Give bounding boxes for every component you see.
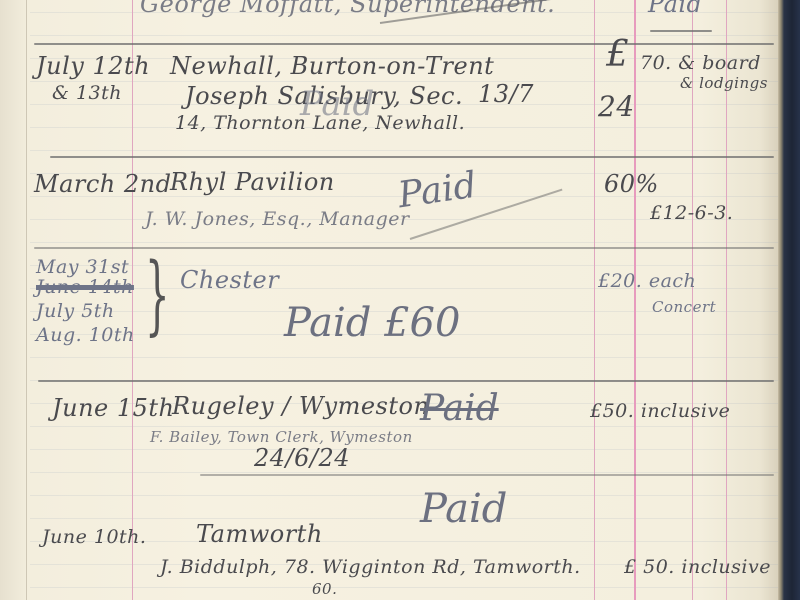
entry-2-contact: J. W. Jones, Esq., Manager xyxy=(145,208,410,230)
entry-5-date: June 10th. xyxy=(42,526,146,548)
date-margin-line xyxy=(132,0,133,600)
entry-4-terms: £50. inclusive xyxy=(590,400,730,422)
terms-column-line xyxy=(594,0,595,600)
entry-5-contact: J. Biddulph, 78. Wigginton Rd, Tamworth. xyxy=(160,556,581,578)
entry-1-pound-symbol: £ xyxy=(606,34,629,75)
entry-3-date-1: May 31st xyxy=(36,256,129,278)
entry-1-terms: 24 xyxy=(598,90,635,123)
book-binding-edge xyxy=(778,0,800,600)
entry-3-venue: Chester xyxy=(180,266,279,294)
ruled-line xyxy=(30,357,778,358)
entry-1-date-line1: July 12th xyxy=(36,52,150,80)
ruled-line xyxy=(30,426,778,427)
entry-2-venue: Rhyl Pavilion xyxy=(170,168,335,196)
ruled-line xyxy=(30,242,778,243)
entry-5-terms: £ 50. inclusive xyxy=(624,556,771,578)
entry-4-venue: Rugeley / Wymeston xyxy=(172,392,429,420)
entry-0-contact: George Moffatt, Superintendent. xyxy=(140,0,555,18)
entry-3-date-3: July 5th xyxy=(36,300,115,322)
entry-3-paid-stamp: Paid £60 xyxy=(284,300,460,346)
entry-0-status: Paid xyxy=(648,0,702,18)
ruled-line xyxy=(30,472,778,473)
ruled-line xyxy=(30,150,778,151)
entry-divider xyxy=(34,43,774,45)
entry-divider xyxy=(50,156,774,158)
entry-4-date: June 15th xyxy=(52,394,175,422)
ruled-line xyxy=(30,518,778,519)
entry-1-date-line2: & 13th xyxy=(52,82,122,104)
entry-0-status-underline xyxy=(650,30,712,32)
entry-4-date-paid: 24/6/24 xyxy=(254,444,350,472)
entry-4-paid-stamp-struck: Paid xyxy=(420,388,499,429)
entry-divider xyxy=(38,380,774,382)
ruled-line xyxy=(30,265,778,266)
date-brace: } xyxy=(145,252,170,338)
entry-1-venue: Newhall, Burton-on-Trent xyxy=(170,52,494,80)
left-gutter-line xyxy=(26,0,27,600)
entry-2-fee: £12-6-3. xyxy=(650,202,733,224)
ruled-line xyxy=(30,449,778,450)
entry-1-fee: 70. & board xyxy=(640,52,761,74)
ruled-line xyxy=(30,587,778,588)
entry-1-paid-stamp: Paid xyxy=(300,84,374,124)
entry-3-date-4: Aug. 10th xyxy=(36,324,135,346)
ruled-line xyxy=(30,495,778,496)
entry-2-date: March 2nd xyxy=(34,170,171,198)
ruled-line xyxy=(30,35,778,36)
entry-5-paid-stamp: Paid xyxy=(420,486,507,532)
entry-3-terms: £20. each xyxy=(598,270,696,292)
entry-3-date-2-struck: June 14th xyxy=(36,276,134,298)
entry-2-terms: 60% xyxy=(604,170,659,198)
entry-5-contact-correction: 60. xyxy=(312,580,337,598)
ledger-page: George Moffatt, Superintendent. Paid Jul… xyxy=(0,0,778,600)
entry-divider xyxy=(200,474,774,476)
entry-1-date-paid: 13/7 xyxy=(478,80,534,108)
entry-1-fee-line2: & lodgings xyxy=(680,74,768,92)
entry-5-venue: Tamworth xyxy=(196,520,323,548)
entry-3-fee-line2: Concert xyxy=(652,298,716,316)
